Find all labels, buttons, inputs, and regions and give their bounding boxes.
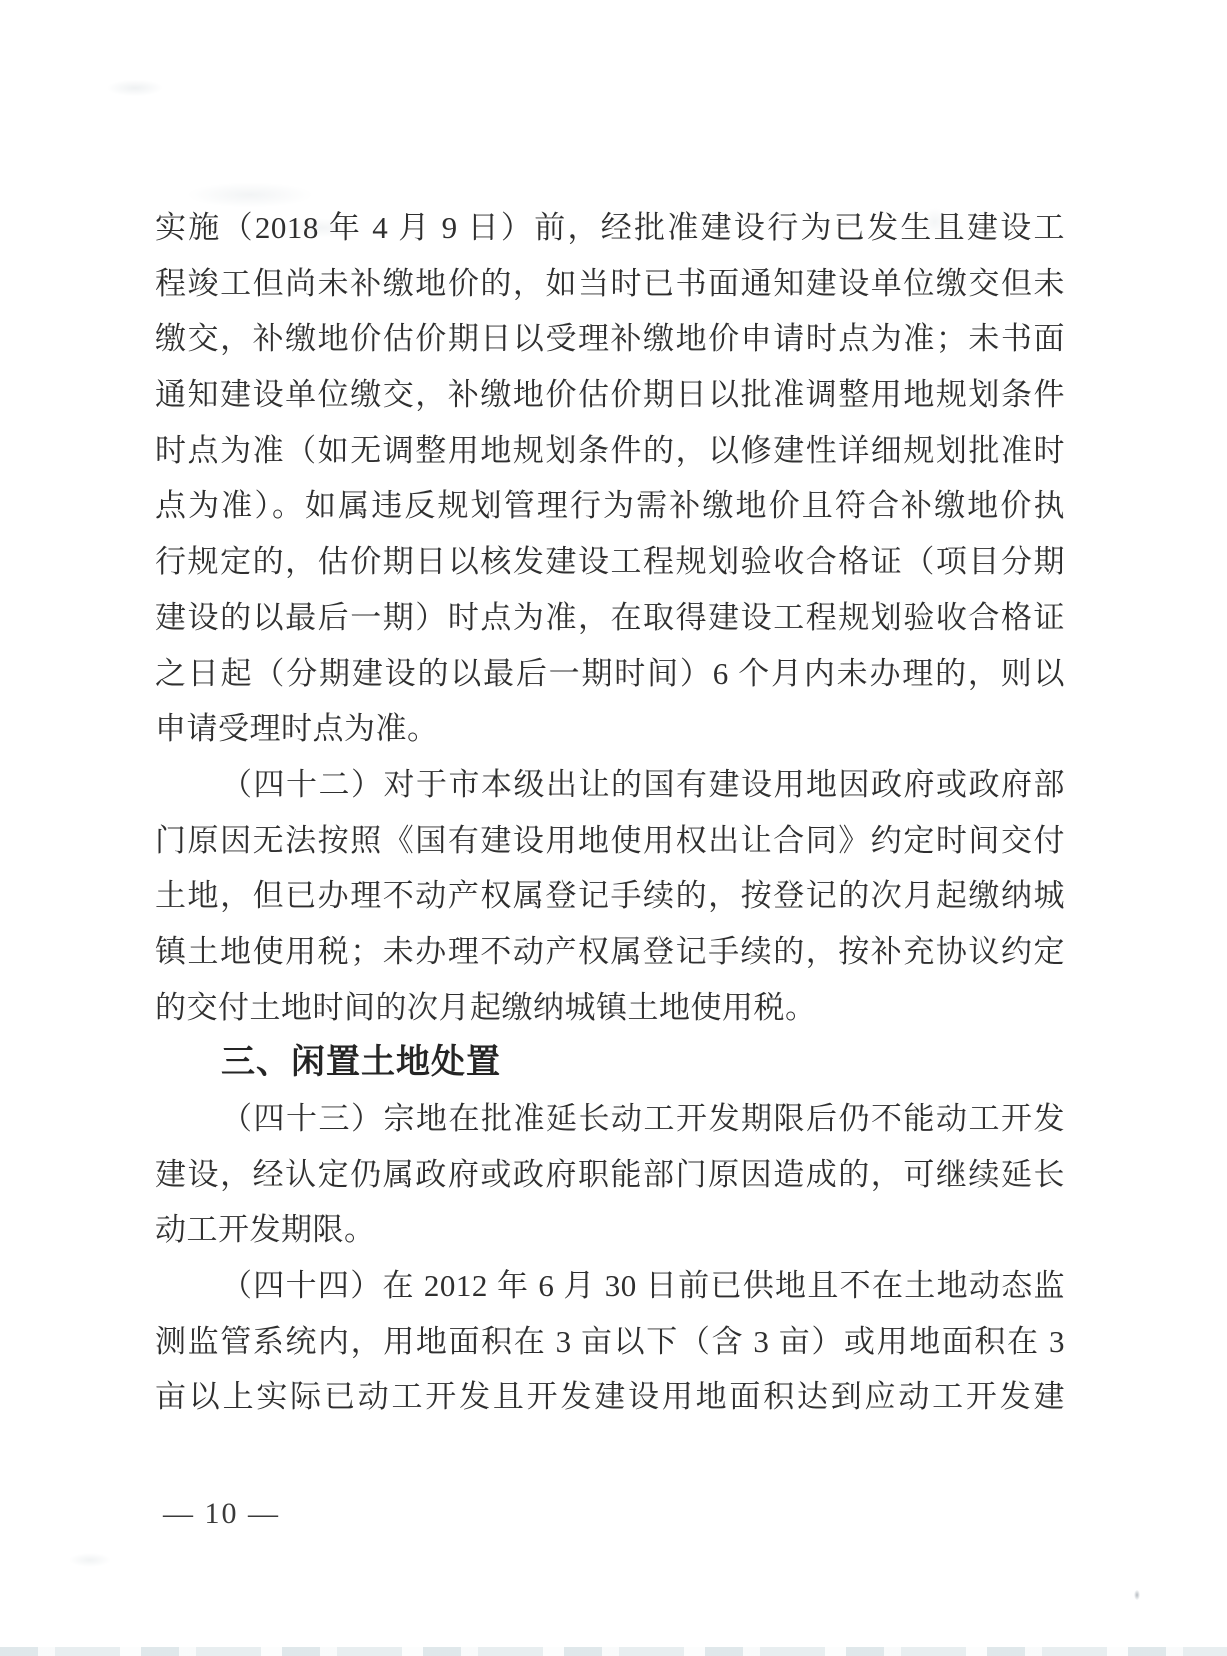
text-line: 土地，但已办理不动产权属登记手续的，按登记的次月起缴纳城 — [155, 868, 1065, 924]
text-line: 三、闲置土地处置 — [155, 1035, 1065, 1091]
text-line: 动工开发期限。 — [155, 1202, 1065, 1258]
text-block: 实施（2018 年 4 月 9 日）前，经批准建设行为已发生且建设工程竣工但尚未… — [155, 200, 1065, 1425]
page-number: — 10 — — [163, 1496, 280, 1532]
text-line: 镇土地使用税；未办理不动产权属登记手续的，按补充协议约定 — [155, 924, 1065, 980]
scan-noise-bottom — [0, 1647, 1227, 1656]
text-line: 点为准）。如属违反规划管理行为需补缴地价且符合补缴地价执 — [155, 478, 1065, 534]
text-line: 程竣工但尚未补缴地价的，如当时已书面通知建设单位缴交但未 — [155, 256, 1065, 312]
text-line: 申请受理时点为准。 — [155, 701, 1065, 757]
text-line: 行规定的，估价期日以核发建设工程规划验收合格证（项目分期 — [155, 534, 1065, 590]
text-line: 建设，经认定仍属政府或政府职能部门原因造成的，可继续延长 — [155, 1147, 1065, 1203]
text-line: 缴交，补缴地价估价期日以受理补缴地价申请时点为准；未书面 — [155, 311, 1065, 367]
text-line: 通知建设单位缴交，补缴地价估价期日以批准调整用地规划条件 — [155, 367, 1065, 423]
text-line: 的交付土地时间的次月起缴纳城镇土地使用税。 — [155, 980, 1065, 1036]
text-line: （四十四）在 2012 年 6 月 30 日前已供地且不在土地动态监 — [155, 1258, 1065, 1314]
text-line: 之日起（分期建设的以最后一期时间）6 个月内未办理的，则以 — [155, 646, 1065, 702]
text-line: 建设的以最后一期）时点为准，在取得建设工程规划验收合格证 — [155, 590, 1065, 646]
text-line: 亩以上实际已动工开发且开发建设用地面积达到应动工开发建 — [155, 1369, 1065, 1425]
text-line: 测监管系统内，用地面积在 3 亩以下（含 3 亩）或用地面积在 3 — [155, 1314, 1065, 1370]
scanned-document-page: 实施（2018 年 4 月 9 日）前，经批准建设行为已发生且建设工程竣工但尚未… — [0, 0, 1227, 1656]
text-line: （四十三）宗地在批准延长动工开发期限后仍不能动工开发 — [155, 1091, 1065, 1147]
para-42: （四十二）对于市本级出让的国有建设用地因政府或政府部门原因无法按照《国有建设用地… — [155, 757, 1065, 1035]
text-line: 时点为准（如无调整用地规划条件的，以修建性详细规划批准时 — [155, 423, 1065, 479]
text-line: （四十二）对于市本级出让的国有建设用地因政府或政府部 — [155, 757, 1065, 813]
text-line: 门原因无法按照《国有建设用地使用权出让合同》约定时间交付 — [155, 813, 1065, 869]
heading-section-3: 三、闲置土地处置 — [155, 1035, 1065, 1091]
para-41-continued: 实施（2018 年 4 月 9 日）前，经批准建设行为已发生且建设工程竣工但尚未… — [155, 200, 1065, 757]
para-44: （四十四）在 2012 年 6 月 30 日前已供地且不在土地动态监测监管系统内… — [155, 1258, 1065, 1425]
para-43: （四十三）宗地在批准延长动工开发期限后仍不能动工开发建设，经认定仍属政府或政府职… — [155, 1091, 1065, 1258]
text-line: 实施（2018 年 4 月 9 日）前，经批准建设行为已发生且建设工 — [155, 200, 1065, 256]
